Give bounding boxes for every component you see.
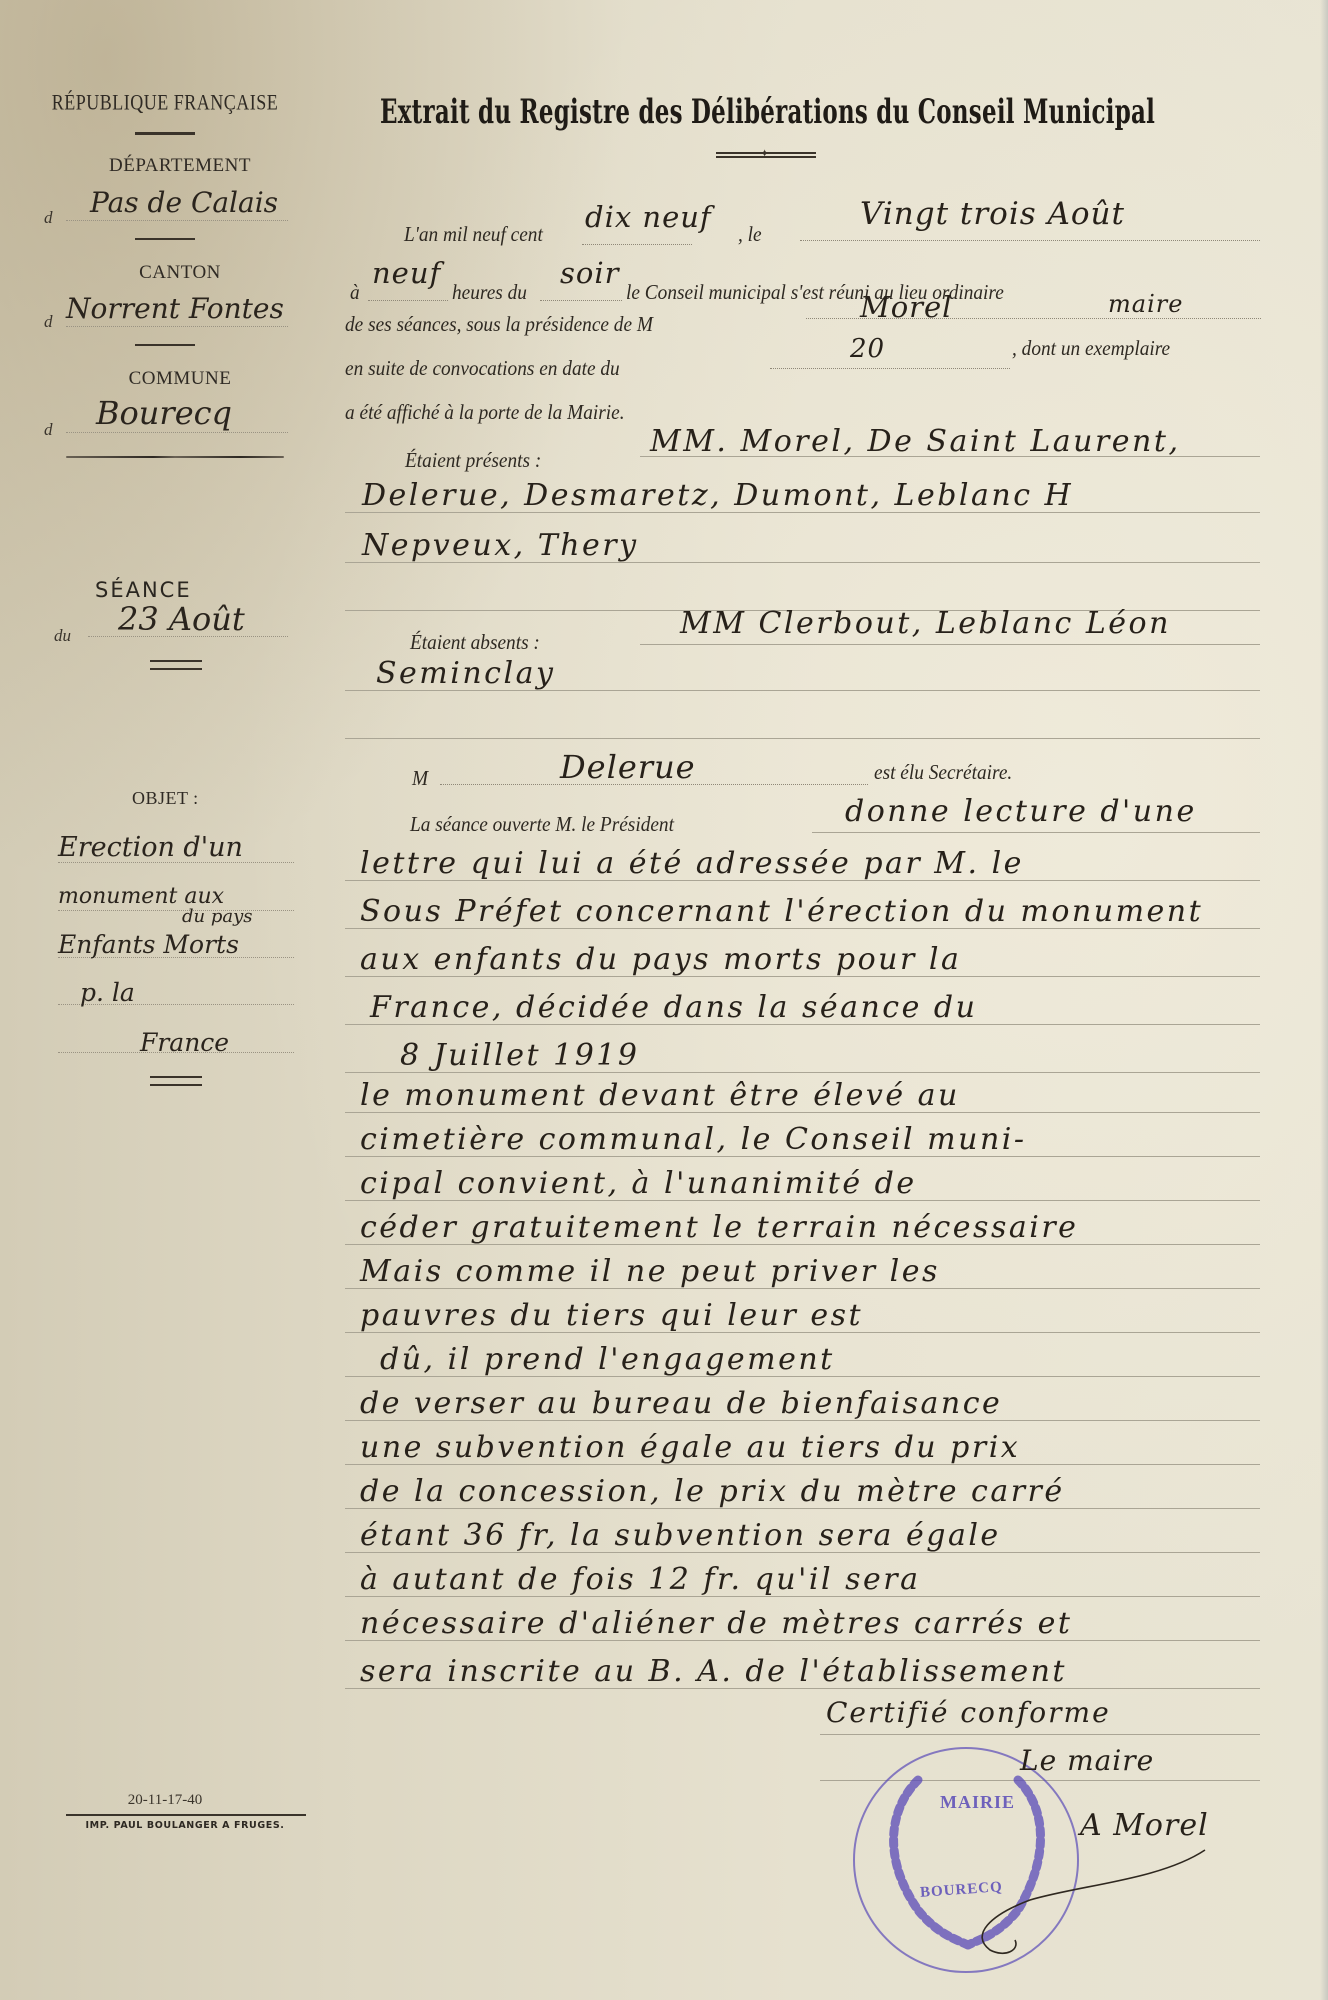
deliberation-line: cimetière communal, le Conseil muni- <box>360 1122 1027 1157</box>
deliberation-line: Sous Préfet concernant l'érection du mon… <box>360 894 1203 929</box>
hour-prefix-text: à <box>350 280 360 305</box>
deliberation-line: aux enfants du pays morts pour la <box>360 942 961 977</box>
double-divider <box>150 1076 202 1086</box>
canton-value: Norrent Fontes <box>66 292 284 325</box>
commune-fill-line <box>66 432 288 433</box>
departement-fill-line <box>66 220 288 221</box>
signer-title: Le maire <box>1020 1744 1154 1777</box>
deliberation-line: lettre qui lui a été adressée par M. le <box>360 846 1024 881</box>
departement-label: DÉPARTEMENT <box>70 155 290 177</box>
mayor-signature: A Morel <box>1080 1808 1209 1843</box>
opening-handwritten: donne lecture d'une <box>845 794 1197 829</box>
period-value: soir <box>560 256 619 290</box>
convocation-fill-line <box>770 368 1010 369</box>
divider <box>135 344 195 346</box>
deliberation-line: de verser au bureau de bienfaisance <box>360 1386 1002 1421</box>
departement-prefix: d <box>44 208 53 228</box>
document-title: Extrait du Registre des Délibérations du… <box>380 92 1093 132</box>
left-margin-column: RÉPUBLIQUE FRANÇAISE DÉPARTEMENT d Pas d… <box>0 0 320 2000</box>
objet-line: p. la <box>80 978 135 1007</box>
objet-label: OBJET : <box>132 788 199 809</box>
date-prefix-text: , le <box>738 222 762 247</box>
departement-value: Pas de Calais <box>90 186 278 219</box>
objet-line-insert: du pays <box>182 906 253 927</box>
page-edge-shadow <box>1320 0 1328 2000</box>
convocation-value: 20 <box>850 334 885 364</box>
hour-mid-text: heures du <box>452 280 527 305</box>
year-prefix-text: L'an mil neuf cent <box>404 222 543 247</box>
signature-flourish <box>960 1840 1220 1960</box>
present-label: Étaient présents : <box>405 448 541 473</box>
deliberation-line: cipal convient, à l'unanimité de <box>360 1166 917 1201</box>
deliberation-line: dû, il prend l'engagement <box>380 1342 835 1377</box>
year-fill-line <box>582 244 692 245</box>
deliberation-line: étant 36 fr, la subvention sera égale <box>360 1518 1001 1553</box>
date-fill-line <box>800 240 1260 241</box>
deliberation-line: le monument devant être élevé au <box>360 1078 960 1113</box>
convocation-prefix-text: en suite de convocations en date du <box>345 356 620 381</box>
seance-label: SÉANCE <box>95 578 192 602</box>
convocation-suffix-text: , dont un exemplaire <box>1012 336 1170 361</box>
opening-label: La séance ouverte M. le Président <box>410 812 674 837</box>
republique-heading: RÉPUBLIQUE FRANÇAISE <box>40 89 290 115</box>
divider <box>135 238 195 240</box>
deliberation-line: céder gratuitement le terrain nécessaire <box>360 1210 1078 1245</box>
title-ornament: ✦ <box>716 152 816 158</box>
secretary-prefix: M <box>412 766 428 791</box>
absent-names-line: Seminclay <box>376 656 555 691</box>
divider <box>135 132 195 135</box>
canton-fill-line <box>66 326 288 327</box>
stamp-text-mairie: MAIRIE <box>940 1792 1015 1813</box>
absent-label: Étaient absents : <box>410 630 540 655</box>
double-divider <box>150 660 202 670</box>
present-names-line: MM. Morel, De Saint Laurent, <box>650 424 1180 459</box>
printer-divider <box>66 1814 306 1816</box>
year-value: dix neuf <box>585 200 712 234</box>
president-prefix-text: de ses séances, sous la présidence de M <box>345 312 653 337</box>
present-names-line: Nepveux, Thery <box>362 528 639 563</box>
hour-value: neuf <box>372 256 441 290</box>
print-form-number: 20-11-17-40 <box>40 1792 290 1809</box>
deliberation-line: Mais comme il ne peut priver les <box>360 1254 940 1289</box>
canton-label: CANTON <box>70 262 290 284</box>
secretary-suffix: est élu Secrétaire. <box>874 760 1012 785</box>
president-title: maire <box>1108 290 1183 318</box>
canton-prefix: d <box>44 312 53 332</box>
objet-fill-line <box>58 910 294 911</box>
ruled-line <box>640 644 1260 645</box>
printer-imprint: IMP. PAUL BOULANGER A FRUGES. <box>40 1820 330 1831</box>
deliberation-line: de la concession, le prix du mètre carré <box>360 1474 1065 1509</box>
ruled-line <box>345 738 1260 739</box>
objet-line: Erection d'un <box>58 832 243 863</box>
commune-prefix: d <box>44 420 53 440</box>
deliberation-line: 8 Juillet 1919 <box>400 1038 639 1073</box>
deliberation-line: à autant de fois 12 fr. qu'il sera <box>360 1562 920 1597</box>
objet-line: Enfants Morts <box>58 930 239 959</box>
certification-text: Certifié conforme <box>826 1696 1111 1729</box>
president-value: Morel <box>860 290 952 324</box>
ruled-line <box>820 1734 1260 1735</box>
deliberation-line: une subvention égale au tiers du prix <box>360 1430 1020 1465</box>
absent-names-line: MM Clerbout, Leblanc Léon <box>680 606 1171 641</box>
commune-value: Bourecq <box>96 394 232 432</box>
objet-line: France <box>140 1028 229 1057</box>
deliberation-line: sera inscrite au B. A. de l'établissemen… <box>360 1654 1067 1689</box>
deliberation-line: nécessaire d'aliéner de mètres carrés et <box>360 1606 1072 1641</box>
date-value: Vingt trois Août <box>860 196 1125 232</box>
present-names-line: Delerue, Desmaretz, Dumont, Leblanc H <box>362 478 1073 513</box>
hour-fill-line <box>368 300 448 301</box>
deliberation-line: France, décidée dans la séance du <box>370 990 977 1025</box>
seance-value: 23 Août <box>118 600 245 638</box>
secretary-name: Delerue <box>560 748 696 786</box>
wavy-divider <box>66 456 284 458</box>
seance-prefix: du <box>54 626 71 646</box>
affichage-text: a été affiché à la porte de la Mairie. <box>345 400 625 425</box>
ruled-line <box>812 832 1260 833</box>
commune-label: COMMUNE <box>70 368 290 390</box>
star-ornament-icon: ✦ <box>760 147 769 160</box>
deliberation-line: pauvres du tiers qui leur est <box>360 1298 863 1333</box>
period-fill-line <box>540 300 622 301</box>
